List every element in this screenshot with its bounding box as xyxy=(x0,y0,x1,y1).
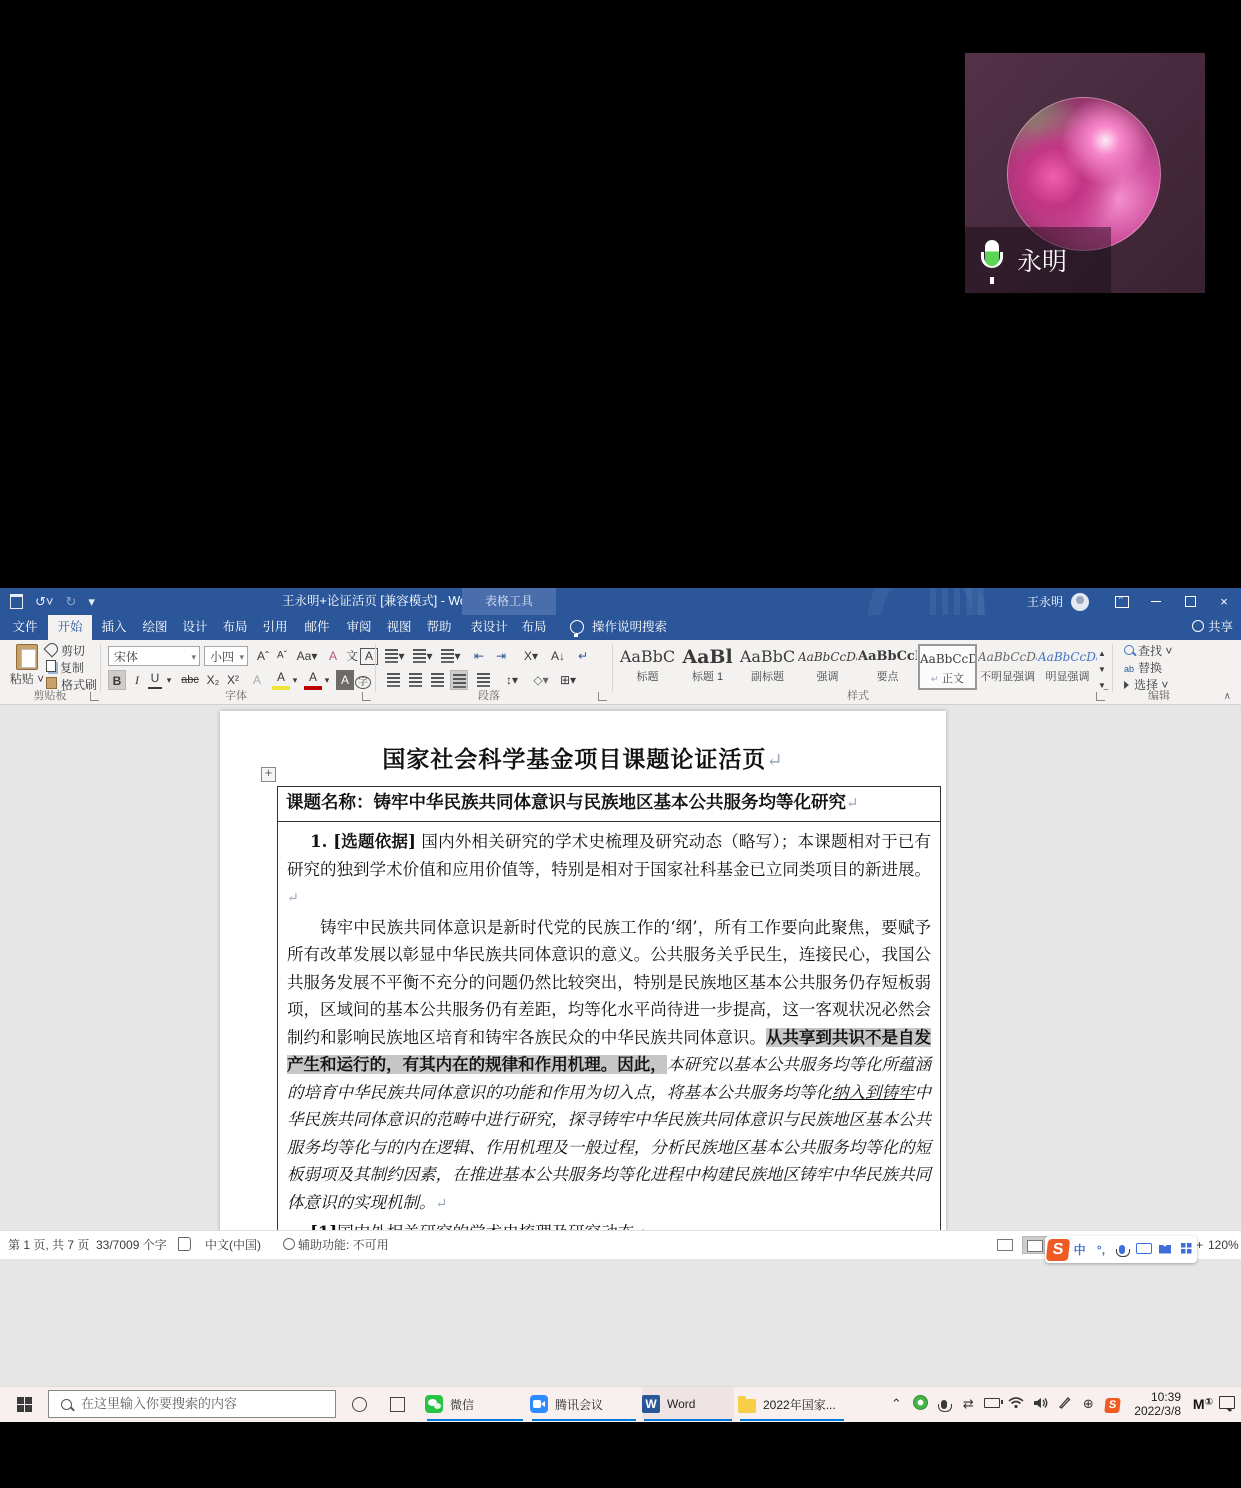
tab-design[interactable]: 设计 xyxy=(176,615,214,640)
topic-title-row: 课题名称：铸牢中华民族共同体意识与民族地区基本公共服务均等化研究↵ xyxy=(278,787,940,822)
increase-indent-button[interactable]: ⇥ xyxy=(492,646,510,666)
font-dialog-launcher[interactable] xyxy=(362,692,371,701)
taskbar-app-folder[interactable]: 2022年国家... xyxy=(738,1387,846,1421)
font-size-combobox[interactable]: 小四▾ xyxy=(204,646,248,666)
sogou-keyboard-icon[interactable] xyxy=(1133,1243,1154,1257)
shrink-font-button[interactable]: Aˇ xyxy=(274,646,290,666)
accessibility-indicator[interactable]: 辅助功能: 不可用 xyxy=(283,1231,389,1259)
taskbar: 在这里输入你要搜索的内容 微信 腾讯会议 W Word 2022年国家... ⌃… xyxy=(0,1386,1241,1422)
tab-table-design[interactable]: 表设计 xyxy=(466,615,512,640)
wechat-icon xyxy=(425,1395,443,1413)
page-indicator[interactable]: 第 1 页, 共 7 页 xyxy=(8,1231,89,1259)
change-case-button[interactable]: Aa▾ xyxy=(294,646,320,666)
find-icon xyxy=(1124,645,1134,655)
tab-view[interactable]: 视图 xyxy=(380,615,418,640)
task-view-button[interactable] xyxy=(390,1397,405,1412)
table-move-handle[interactable]: + xyxy=(261,767,276,782)
document-canvas[interactable]: 国家社会科学基金项目课题论证活页↵ + 课题名称：铸牢中华民族共同体意识与民族地… xyxy=(0,705,1241,1230)
tray-antivirus-icon[interactable] xyxy=(908,1395,932,1413)
folder-icon xyxy=(738,1399,756,1413)
cortana-button[interactable] xyxy=(352,1397,367,1412)
style-heading1[interactable]: AaBl 标题 1 xyxy=(678,644,737,690)
close-button[interactable]: × xyxy=(1207,588,1241,615)
style-emphasis[interactable]: AaBbCcDa 强调 xyxy=(798,644,857,690)
tray-sync-icon[interactable]: ⇄ xyxy=(956,1396,980,1412)
sort-button[interactable]: A↓ xyxy=(548,646,568,666)
paragraph: [1]国内外相关研究的学术史梳理及研究动态↵ xyxy=(287,1219,931,1230)
font-group-label: 字体 xyxy=(108,687,364,703)
document-title: 国家社会科学基金项目课题论证活页↵ xyxy=(220,741,946,774)
tellme-search[interactable]: 操作说明搜索 xyxy=(592,615,667,640)
redo-icon[interactable]: ↻ xyxy=(65,594,76,610)
language-indicator[interactable]: 中文(中国) xyxy=(205,1231,261,1259)
tray-overflow-chevron[interactable]: ⌃ xyxy=(884,1396,908,1412)
ribbon: 粘贴 ˅ 剪切 复制 格式刷 剪贴板 宋体▾ 小四▾ Aˆ Aˇ Aa▾ A 文… xyxy=(0,640,1241,705)
sogou-toolbox-icon[interactable] xyxy=(1176,1243,1197,1257)
style-normal[interactable]: AaBbCcDc ↵ 正文 xyxy=(918,644,977,690)
cut-button[interactable]: 剪切 xyxy=(46,643,85,659)
start-button[interactable] xyxy=(17,1397,32,1412)
participant-name: 永明 xyxy=(1017,242,1067,278)
tab-references[interactable]: 引用 xyxy=(256,615,294,640)
sogou-toolbar: S 中 °, xyxy=(1045,1236,1197,1263)
tab-help[interactable]: 帮助 xyxy=(420,615,458,640)
tray-pen-icon[interactable] xyxy=(1052,1396,1076,1412)
styles-group-label: 样式 xyxy=(618,687,1098,703)
tab-review[interactable]: 审阅 xyxy=(340,615,378,640)
styles-dialog-launcher[interactable] xyxy=(1096,692,1105,701)
tray-sogou-icon[interactable]: S xyxy=(1100,1396,1124,1413)
table-tools-context: 表格工具 xyxy=(462,588,556,615)
microphone-icon xyxy=(981,240,1003,280)
sogou-punctuation[interactable]: °, xyxy=(1090,1243,1111,1257)
proofing-icon[interactable] xyxy=(178,1231,191,1259)
save-icon[interactable] xyxy=(10,594,23,609)
style-keypoint[interactable]: AaBbCcD 要点 xyxy=(858,644,917,690)
numbering-button[interactable]: ▾ xyxy=(412,646,434,666)
collapse-ribbon-button[interactable]: ∧ xyxy=(1224,691,1231,702)
title-bar: ↺˅ ↻ ▾ 王永明+论证活页 [兼容模式] - Word 表格工具 王永明 × xyxy=(0,588,1241,615)
grow-font-button[interactable]: Aˆ xyxy=(254,646,272,666)
find-button[interactable]: 查找 ˅ xyxy=(1124,643,1172,659)
paragraph-dialog-launcher[interactable] xyxy=(598,692,607,701)
clipboard-group-label: 剪贴板 xyxy=(10,687,90,703)
ribbon-tabs: 文件 开始 插入 绘图 设计 布局 引用 邮件 审阅 视图 帮助 表设计 布局 … xyxy=(0,615,1241,640)
search-icon xyxy=(61,1399,72,1410)
taskbar-app-wechat[interactable]: 微信 xyxy=(425,1387,525,1421)
clipboard-icon xyxy=(16,644,38,670)
table-body-cell: 1. [选题依据] 国内外相关研究的学术史梳理及研究动态（略写）；本课题相对于已… xyxy=(278,822,940,1230)
tab-draw[interactable]: 绘图 xyxy=(136,615,174,640)
tab-table-layout[interactable]: 布局 xyxy=(514,615,554,640)
tray-ime-mode-icon[interactable]: ⊕ xyxy=(1076,1396,1100,1412)
style-subtle-emphasis[interactable]: AaBbCcDa 不明显强调 xyxy=(978,644,1037,690)
word-icon: W xyxy=(642,1395,660,1413)
style-intense-emphasis[interactable]: AaBbCcDa 明显强调 xyxy=(1038,644,1097,690)
tellme-lightbulb-icon xyxy=(570,620,584,634)
tray-volume-icon[interactable] xyxy=(1028,1397,1052,1412)
asian-layout-button[interactable]: X▾ xyxy=(518,646,544,666)
paragraph-group-label: 段落 xyxy=(384,687,594,703)
taskbar-app-meeting[interactable]: 腾讯会议 xyxy=(530,1387,638,1421)
tencent-meeting-icon xyxy=(530,1395,548,1413)
tray-wifi-icon[interactable] xyxy=(1004,1397,1028,1412)
read-mode-button[interactable] xyxy=(992,1236,1018,1254)
tab-layout[interactable]: 布局 xyxy=(216,615,254,640)
copy-button[interactable]: 复制 xyxy=(46,660,84,676)
account-name[interactable]: 王永明 xyxy=(1027,593,1063,610)
replace-button[interactable]: ab替换 xyxy=(1124,660,1162,676)
word-window: ↺˅ ↻ ▾ 王永明+论证活页 [兼容模式] - Word 表格工具 王永明 ×… xyxy=(0,588,1241,1386)
bullets-button[interactable]: ▾ xyxy=(384,646,406,666)
word-count[interactable]: 33/7009 个字 xyxy=(96,1231,167,1259)
tab-insert[interactable]: 插入 xyxy=(94,615,134,640)
style-subtitle[interactable]: AaBbC 副标题 xyxy=(738,644,797,690)
zoom-in-button[interactable]: + xyxy=(1196,1231,1203,1259)
tab-home[interactable]: 开始 xyxy=(48,615,92,640)
page[interactable]: 国家社会科学基金项目课题论证活页↵ + 课题名称：铸牢中华民族共同体意识与民族地… xyxy=(220,711,946,1230)
keyboard-layout-indicator[interactable]: M① xyxy=(1191,1396,1215,1412)
notification-center-button[interactable] xyxy=(1215,1396,1239,1412)
system-tray: ⌃ ⇄ ⊕ S 10:39 2022/3/8 M① xyxy=(884,1387,1239,1421)
tab-file[interactable]: 文件 xyxy=(4,615,46,640)
qat-customize-icon[interactable]: ▾ xyxy=(88,594,95,610)
font-family-combobox[interactable]: 宋体▾ xyxy=(108,646,200,666)
taskbar-app-word[interactable]: W Word xyxy=(642,1387,734,1421)
account-avatar[interactable] xyxy=(1071,593,1089,611)
participant-name-bar: 永明 xyxy=(965,227,1111,293)
share-person-icon xyxy=(1192,620,1204,632)
sogou-mode-chinese[interactable]: 中 xyxy=(1069,1241,1090,1258)
copy-icon xyxy=(46,660,56,672)
multilevel-list-button[interactable]: ▾ xyxy=(440,646,462,666)
sogou-logo[interactable]: S xyxy=(1046,1239,1070,1261)
sogou-voice-icon[interactable] xyxy=(1112,1243,1133,1257)
decrease-indent-button[interactable]: ⇤ xyxy=(470,646,488,666)
tray-microphone-icon[interactable] xyxy=(932,1397,956,1412)
taskbar-search-input[interactable]: 在这里输入你要搜索的内容 xyxy=(48,1390,336,1418)
clipboard-dialog-launcher[interactable] xyxy=(90,692,99,701)
document-table: 课题名称：铸牢中华民族共同体意识与民族地区基本公共服务均等化研究↵ 1. [选题… xyxy=(277,786,941,1230)
undo-icon[interactable]: ↺˅ xyxy=(35,594,53,610)
share-button[interactable]: 共享 xyxy=(1192,615,1233,640)
editing-group-label: 编辑 xyxy=(1124,687,1194,703)
participant-video-tile[interactable]: 永明 xyxy=(965,53,1205,293)
paragraph: 铸牢中民族共同体意识是新时代党的民族工作的‘纲’，所有工作要向此聚焦，要赋予所有… xyxy=(287,914,931,1219)
restore-button[interactable] xyxy=(1173,588,1207,615)
phonetic-guide-button[interactable]: 文 xyxy=(344,646,360,666)
paragraph: 1. [选题依据] 国内外相关研究的学术史梳理及研究动态（略写）；本课题相对于已… xyxy=(287,828,931,913)
scissors-icon xyxy=(44,641,61,658)
zoom-level[interactable]: 120% xyxy=(1208,1231,1239,1259)
tab-mailings[interactable]: 邮件 xyxy=(298,615,336,640)
quick-access-toolbar: ↺˅ ↻ ▾ xyxy=(10,588,95,615)
taskbar-clock[interactable]: 10:39 2022/3/8 xyxy=(1134,1390,1181,1418)
titlebar-decoration xyxy=(930,588,990,615)
clear-formatting-button[interactable]: A xyxy=(324,646,342,666)
show-marks-button[interactable]: ↵ xyxy=(574,646,592,666)
tray-battery-icon[interactable] xyxy=(980,1397,1004,1412)
ribbon-display-options-button[interactable] xyxy=(1105,588,1139,615)
minimize-button[interactable] xyxy=(1139,588,1173,615)
style-title[interactable]: AaBbC 标题 xyxy=(618,644,677,690)
sogou-skin-icon[interactable] xyxy=(1154,1243,1175,1257)
